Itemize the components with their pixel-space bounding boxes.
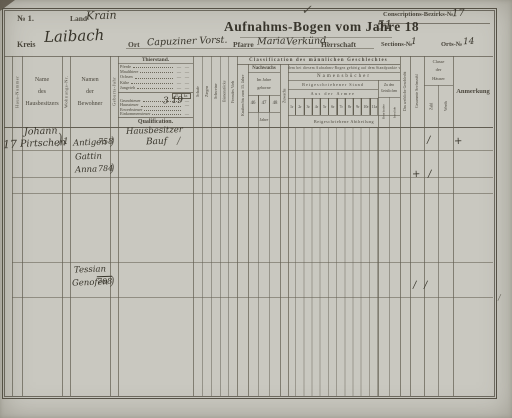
- entry-qualification-line1: Hausbesitzer: [126, 125, 183, 137]
- classification-line3: Beigeschriebener Stand: [288, 80, 378, 89]
- column-hausbesitzer: Name des Hausbesitzers: [22, 62, 62, 122]
- numbered-subcolumn-lines-body: [288, 127, 378, 396]
- tick-row3-a: /: [413, 280, 417, 291]
- column-hausbesitzer-line1: Name: [35, 74, 49, 86]
- entry-resident2-brace: ): [110, 161, 115, 175]
- entry-resident3-name: Tessian: [74, 264, 106, 275]
- col-line: [389, 97, 390, 396]
- col-line: [378, 80, 379, 396]
- column-bewohner-line3: Bewohner: [78, 98, 103, 110]
- entry-wohnung-nummer: 1: [63, 137, 69, 147]
- sections-label: Sections-№: [381, 41, 412, 48]
- col-line: [258, 95, 259, 396]
- entry-resident1-brace: ): [110, 134, 115, 148]
- col-line: [269, 95, 270, 396]
- kreis-value-handwriting: Laibach: [44, 26, 105, 46]
- kreis-label: Kreis: [17, 40, 36, 49]
- house-class-sub1: Zahl: [424, 87, 438, 125]
- right-col-weibliche: Das weibliche Geschlecht: [400, 58, 410, 125]
- column-geburtsjahr: Geburts-Jahr: [110, 58, 118, 125]
- scanned-census-form: № 1. Land Krain Conscriptions-Bezirks-№ …: [0, 0, 512, 418]
- conscription-value-handwriting: 17: [452, 8, 465, 19]
- row-line-5: [12, 297, 493, 298]
- right-col-seelenzahl: Gesammte Seelenzahl: [410, 58, 424, 125]
- classification-line2: Namensbücher: [288, 72, 400, 80]
- conscription-label: Conscriptions-Bezirks-№: [383, 11, 453, 18]
- classification-line1: In dem bei diesem Aufnahms-Bogen gehörig…: [288, 64, 400, 72]
- land-label: Land: [70, 14, 87, 23]
- column-hausbesitzer-line2: des: [38, 86, 46, 98]
- row-line-1: [12, 150, 493, 151]
- title-year-handwriting: 51: [377, 18, 393, 33]
- house-box-title-line: [424, 85, 453, 86]
- side-col-schafe: Schafe: [193, 58, 202, 125]
- row-line-2: [12, 177, 493, 178]
- side-col-schweine: Schweine: [211, 58, 220, 125]
- classification-line4: Aus der Armee: [288, 89, 378, 98]
- anmerkung-header: Anmerkung: [453, 56, 493, 127]
- nachwuchs-title: Nachwuchs: [248, 64, 280, 72]
- classification-mid-col: Zuwachs: [280, 66, 288, 125]
- col-line: [438, 85, 439, 396]
- tick-row1-a: /: [427, 135, 431, 146]
- classification-left-col: Knaben bis zum 15. Jahre: [237, 66, 248, 125]
- nachwuchs-subtitle: Im Jahre geborne: [248, 73, 280, 94]
- steuer-value-handwriting: 3 19: [163, 96, 183, 107]
- column-bewohner-line1: Namen: [81, 74, 98, 86]
- orts-label: Orts-№: [441, 41, 462, 48]
- pfarre-value1-handwriting: Maria: [257, 36, 286, 48]
- row-line-4: [12, 262, 493, 263]
- sections-value-handwriting: 1: [411, 37, 417, 47]
- column-bewohner: Namen der Bewohner: [70, 62, 110, 122]
- column-hausbesitzer-line3: Hausbesitzers: [25, 98, 58, 110]
- nachwuchs-years: 46 47 48: [248, 95, 280, 112]
- column-bewohner-line2: der: [86, 86, 94, 98]
- house-class-sub2: Werth: [438, 87, 453, 125]
- margin-tick: /: [498, 293, 501, 302]
- nachwuchs-unit: Jahre: [248, 112, 280, 126]
- entry-resident2-name: Gattin: [75, 152, 102, 163]
- form-number: № 1.: [17, 13, 34, 23]
- house-class-box-title: Classe der Häuser: [424, 57, 453, 84]
- orts-value-handwriting: 14: [463, 37, 475, 47]
- row-line-3: [12, 193, 493, 194]
- classification-footer: Beigeschriebene Abtheilung: [288, 115, 400, 127]
- column-haus-nummer: Haus-Nummer: [12, 58, 22, 125]
- thierstand-rows: Pferde—— Maulthiere—— Ochsen—— Kühe—— Ju…: [120, 64, 191, 91]
- entry-resident2-name2: Anna: [75, 165, 97, 176]
- classification-title: Classification des männlichen Geschlecht…: [237, 56, 400, 64]
- tick-row3-b: /: [424, 280, 428, 291]
- tick-row2-a: +: [412, 169, 421, 180]
- thierstand-title: Thierstand.: [118, 56, 193, 63]
- entry-resident3-brace: ): [110, 274, 115, 288]
- tick-row1-b: +: [454, 136, 463, 147]
- entry-qualification-line2: Bauf: [146, 137, 167, 148]
- entry-haus-nummer: 17: [3, 138, 17, 151]
- entry-qualification-flourish: /: [177, 136, 181, 147]
- column-wohnungs-nummer: Wohnungs-Nr.: [62, 58, 70, 125]
- numbered-columns: 1r 2r 3r 4r 5r 6r 7r 8r 9r 10r 11a: [288, 98, 378, 115]
- entry-owner-line1: Johann: [24, 125, 58, 137]
- classification-side-box-title: Zu den Geistlichen: [378, 80, 400, 97]
- tick-row2-b: /: [428, 169, 432, 180]
- land-value-handwriting: Krain: [86, 8, 117, 22]
- side-col-bienen: Bienenstöcke: [220, 58, 228, 125]
- place-underline: [126, 48, 374, 49]
- check-mark: ✓: [301, 3, 312, 18]
- side-col-fremdes-vieh: Fremdes Vieh: [228, 58, 237, 125]
- side-col-ziegen: Ziegen: [202, 58, 211, 125]
- col-line: [118, 56, 119, 396]
